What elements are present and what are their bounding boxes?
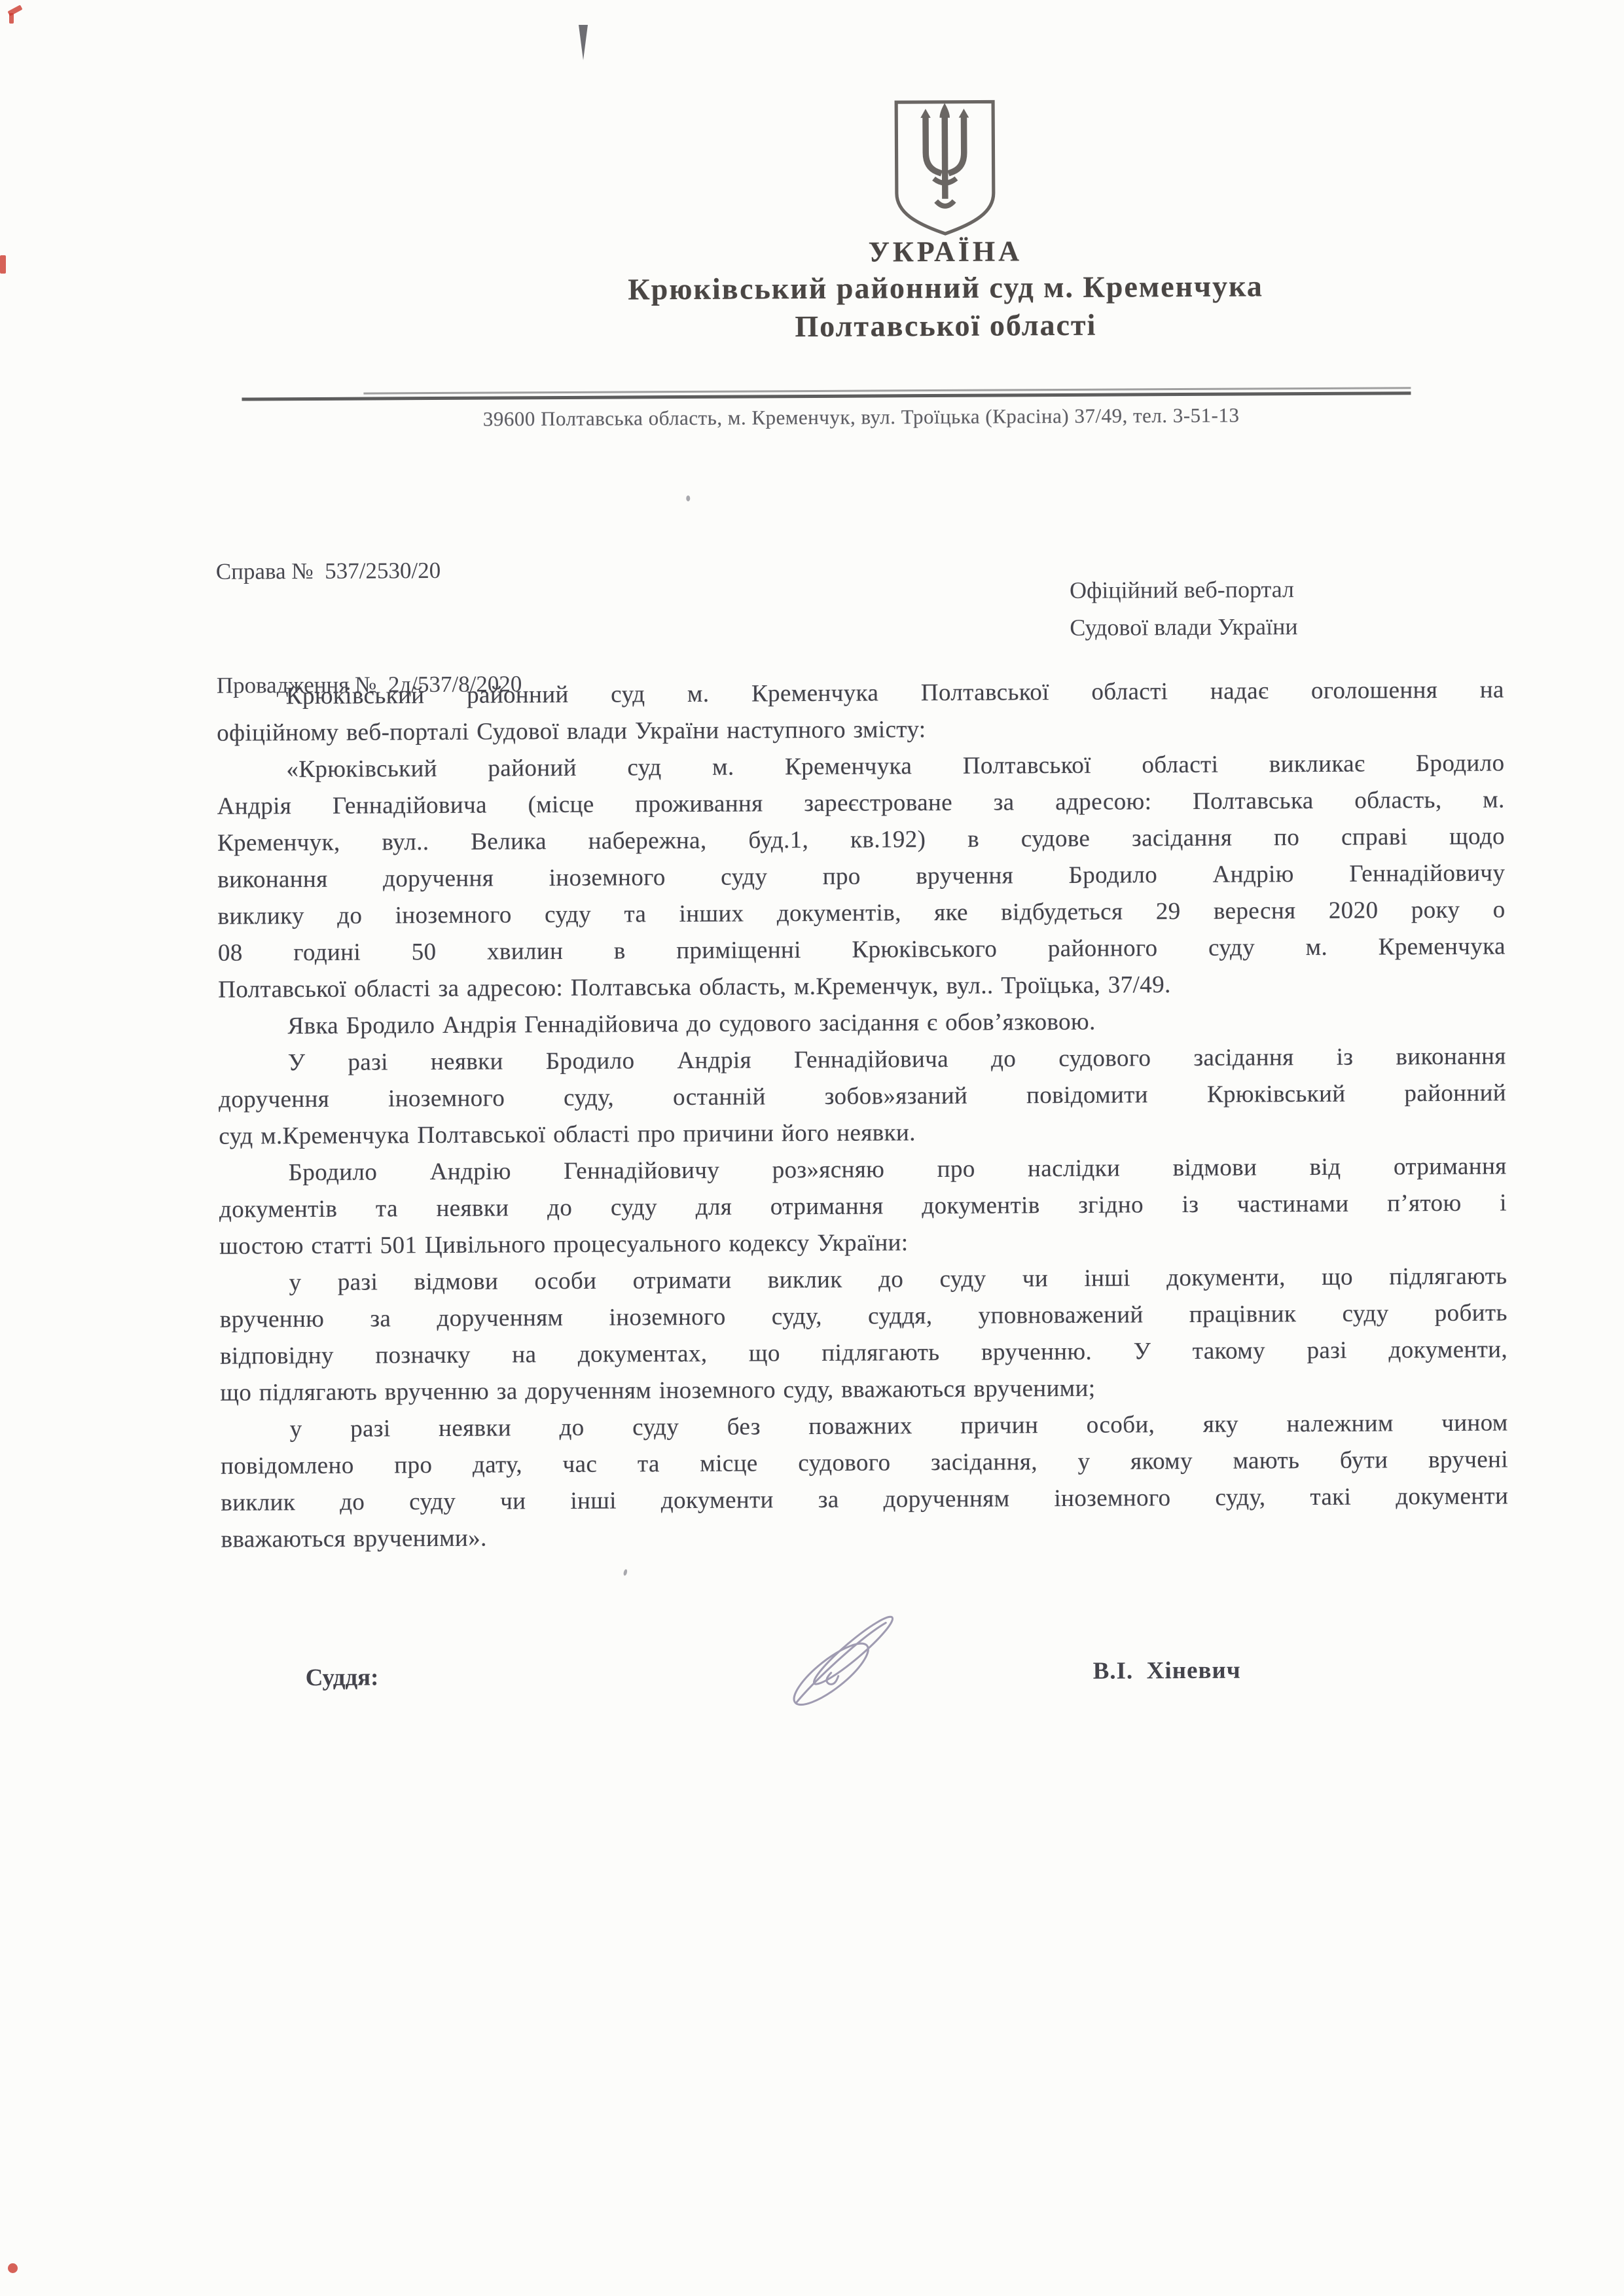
body-line: доручення іноземного суду, останній зобо…	[219, 1075, 1506, 1118]
body-line: Явка Бродило Андрія Геннадійовича до суд…	[218, 1001, 1506, 1045]
scan-speck	[623, 1569, 628, 1576]
recipient-line1: Офіційний веб-портал	[1070, 571, 1298, 609]
body-line: Андрія Геннадійовича (місце проживання з…	[217, 781, 1505, 825]
body-line: шостою статті 501 Цивільного процесуальн…	[219, 1221, 1507, 1265]
handwritten-signature	[776, 1611, 901, 1726]
body-line: офіційному веб-порталі Судової влади Укр…	[217, 708, 1504, 751]
document-content: УКРАЇНА Крюківський районний суд м. Крем…	[0, 0, 1624, 2296]
body-line: Полтавської області за адресою: Полтавсь…	[218, 965, 1506, 1008]
judge-name: В.І. Хіневич	[1093, 1657, 1241, 1685]
court-address: 39600 Полтавська область, м. Кременчук, …	[285, 403, 1437, 432]
body-line: Крюківський районний суд м. Кременчука П…	[217, 672, 1504, 715]
body-text: Крюківський районний суд м. Кременчука П…	[217, 672, 1509, 1558]
body-line: Кременчук, вул.. Велика набережна, буд.1…	[217, 818, 1505, 861]
court-name-line1: Крюківський районний суд м. Кременчука	[271, 265, 1619, 312]
body-line: вважаються врученими».	[221, 1515, 1508, 1558]
recipient-block: Офіційний веб-портал Судової влади Украї…	[1070, 571, 1298, 647]
body-line: У разі неявки Бродило Андрія Геннадійови…	[219, 1038, 1506, 1081]
case-number: Справа № 537/2530/20	[216, 551, 522, 590]
letterhead: УКРАЇНА Крюківський районний суд м. Крем…	[270, 94, 1620, 348]
body-line: Бродило Андрію Геннадійовичу роз»ясняю п…	[219, 1148, 1507, 1191]
body-line: 08 годині 50 хвилин в приміщенні Крюківс…	[218, 928, 1506, 971]
ukraine-trident-emblem-icon	[888, 97, 1001, 238]
judge-label: Суддя:	[306, 1663, 379, 1692]
body-line: повідомлено про дату, час та місце судов…	[221, 1441, 1508, 1484]
body-line: відповідну позначку на документах, що пі…	[220, 1331, 1507, 1374]
body-line: що підлягають врученню за дорученням іно…	[220, 1368, 1507, 1411]
recipient-line2: Судової влади України	[1070, 608, 1298, 647]
body-line: у разі неявки до суду без поважних причи…	[221, 1405, 1508, 1448]
body-line: виконання доручення іноземного суду про …	[217, 855, 1505, 898]
scan-speck	[686, 495, 690, 501]
body-line: врученню за дорученням іноземного суду, …	[220, 1295, 1507, 1338]
court-name-line2: Полтавської області	[272, 304, 1620, 348]
body-line: «Крюківський районий суд м. Кременчука П…	[217, 745, 1504, 788]
scanned-court-document: УКРАЇНА Крюківський районний суд м. Крем…	[0, 0, 1624, 2296]
body-line: у разі відмови особи отримати виклик до …	[219, 1258, 1507, 1301]
body-line: виклику до іноземного суду та інших доку…	[217, 891, 1505, 935]
body-line: суд м.Кременчука Полтавської області про…	[219, 1111, 1506, 1155]
body-line: виклик до суду чи інші документи за дору…	[221, 1478, 1508, 1521]
body-line: документів та неявки до суду для отриман…	[219, 1185, 1507, 1228]
